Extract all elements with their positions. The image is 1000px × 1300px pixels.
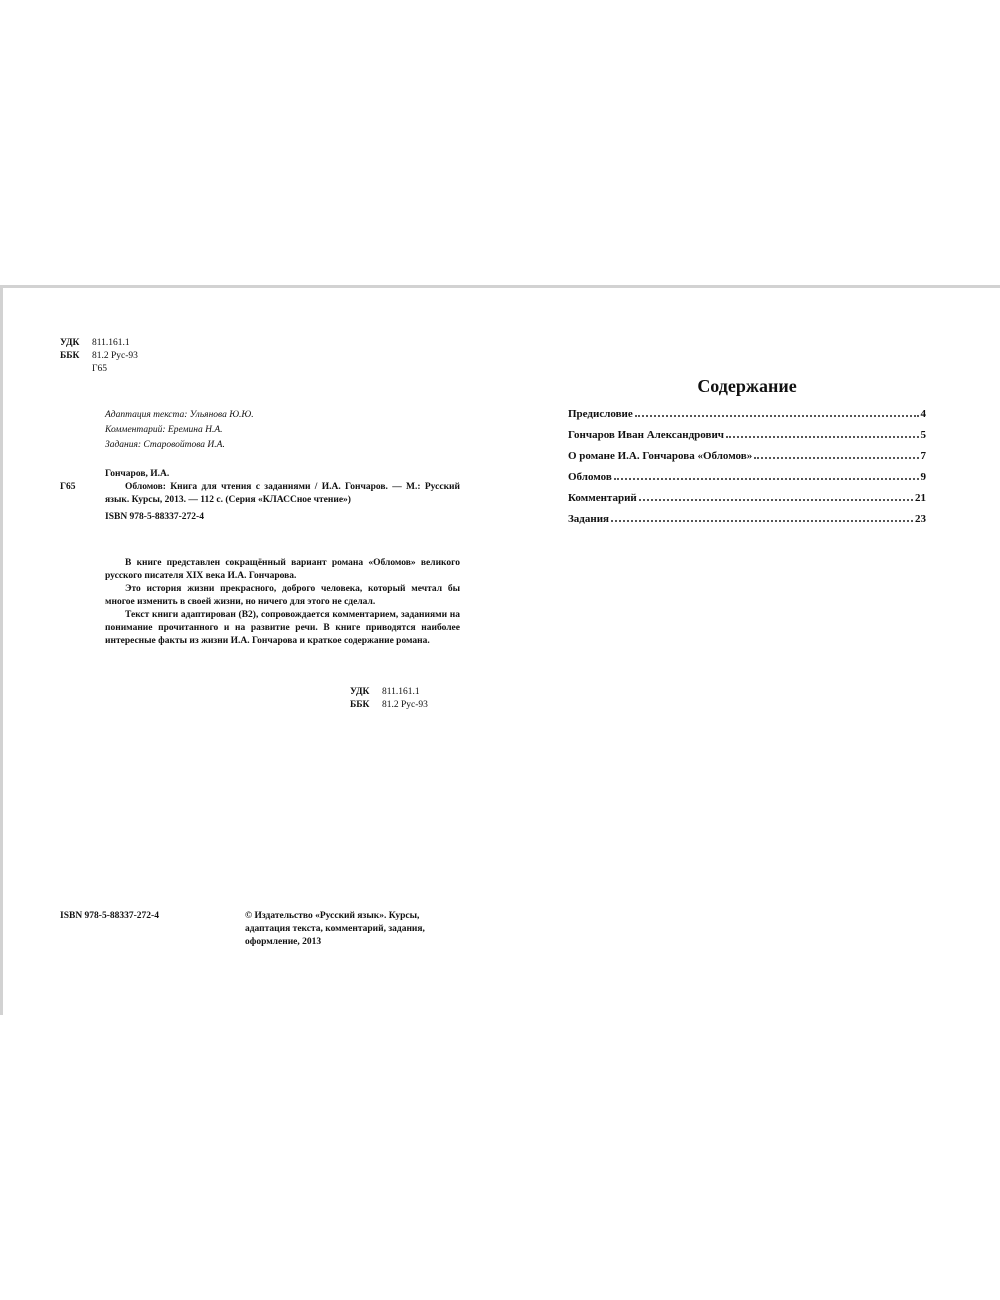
toc-item[interactable]: Задания23 xyxy=(568,513,926,534)
bibliographic-entry: Обломов: Книга для чтения с заданиями / … xyxy=(105,481,460,507)
dot-leader xyxy=(614,478,919,480)
code-key: ББК xyxy=(60,350,92,363)
credit-line: Задания: Старовойтова И.А. xyxy=(105,438,254,453)
code-key: УДК xyxy=(60,337,92,350)
toc-item[interactable]: О романе И.А. Гончарова «Обломов»7 xyxy=(568,450,926,471)
toc-page: 9 xyxy=(921,471,927,483)
annotation: В книге представлен сокращённый вариант … xyxy=(105,557,460,648)
toc-item[interactable]: Обломов9 xyxy=(568,471,926,492)
table-of-contents: Предисловие4 Гончаров Иван Александрович… xyxy=(568,408,926,534)
dot-leader xyxy=(639,499,913,501)
copyright: © Издательство «Русский язык». Курсы, ад… xyxy=(245,910,460,949)
author-heading: Гончаров, И.А. xyxy=(105,468,460,481)
toc-page: 23 xyxy=(915,513,926,525)
toc-label: О романе И.А. Гончарова «Обломов» xyxy=(568,450,752,462)
author-signature: Г65 xyxy=(60,481,105,507)
toc-item[interactable]: Комментарий21 xyxy=(568,492,926,513)
dot-leader xyxy=(726,436,919,438)
toc-page: 4 xyxy=(921,408,927,420)
isbn: ISBN 978-5-88337-272-4 xyxy=(105,511,460,524)
toc-label: Задания xyxy=(568,513,609,525)
classification-codes: УДК811.161.1 ББК81.2 Рус-93 Г65 xyxy=(60,337,138,376)
code-value: Г65 xyxy=(92,363,107,376)
code-value: 811.161.1 xyxy=(92,337,130,350)
credit-line: Адаптация текста: Ульянова Ю.Ю. xyxy=(105,408,254,423)
classification-codes-bottom: УДК811.161.1 ББК81.2 Рус-93 xyxy=(350,686,428,712)
code-value: 81.2 Рус-93 xyxy=(92,350,138,363)
code-key: ББК xyxy=(350,699,382,712)
annotation-paragraph: Текст книги адаптирован (В2), сопровожда… xyxy=(105,609,460,648)
dot-leader xyxy=(635,415,919,417)
dot-leader xyxy=(754,457,918,459)
toc-label: Гончаров Иван Александрович xyxy=(568,429,724,441)
dot-leader xyxy=(611,520,913,522)
code-key: УДК xyxy=(350,686,382,699)
toc-item[interactable]: Гончаров Иван Александрович5 xyxy=(568,429,926,450)
code-value: 81.2 Рус-93 xyxy=(382,699,428,712)
code-value: 811.161.1 xyxy=(382,686,420,699)
credit-line: Комментарий: Еремина Н.А. xyxy=(105,423,254,438)
toc-label: Комментарий xyxy=(568,492,637,504)
footer-isbn: ISBN 978-5-88337-272-4 xyxy=(60,910,159,923)
toc-title: Содержание xyxy=(568,376,926,397)
annotation-paragraph: В книге представлен сокращённый вариант … xyxy=(105,557,460,583)
toc-page: 7 xyxy=(921,450,927,462)
toc-label: Обломов xyxy=(568,471,612,483)
bibliographic-record: Гончаров, И.А. Г65 Обломов: Книга для чт… xyxy=(60,468,460,524)
toc-page: 5 xyxy=(921,429,927,441)
credits: Адаптация текста: Ульянова Ю.Ю. Коммента… xyxy=(105,408,254,453)
toc-label: Предисловие xyxy=(568,408,633,420)
toc-page: 21 xyxy=(915,492,926,504)
toc-item[interactable]: Предисловие4 xyxy=(568,408,926,429)
code-key xyxy=(60,363,92,376)
annotation-paragraph: Это история жизни прекрасного, доброго ч… xyxy=(105,583,460,609)
